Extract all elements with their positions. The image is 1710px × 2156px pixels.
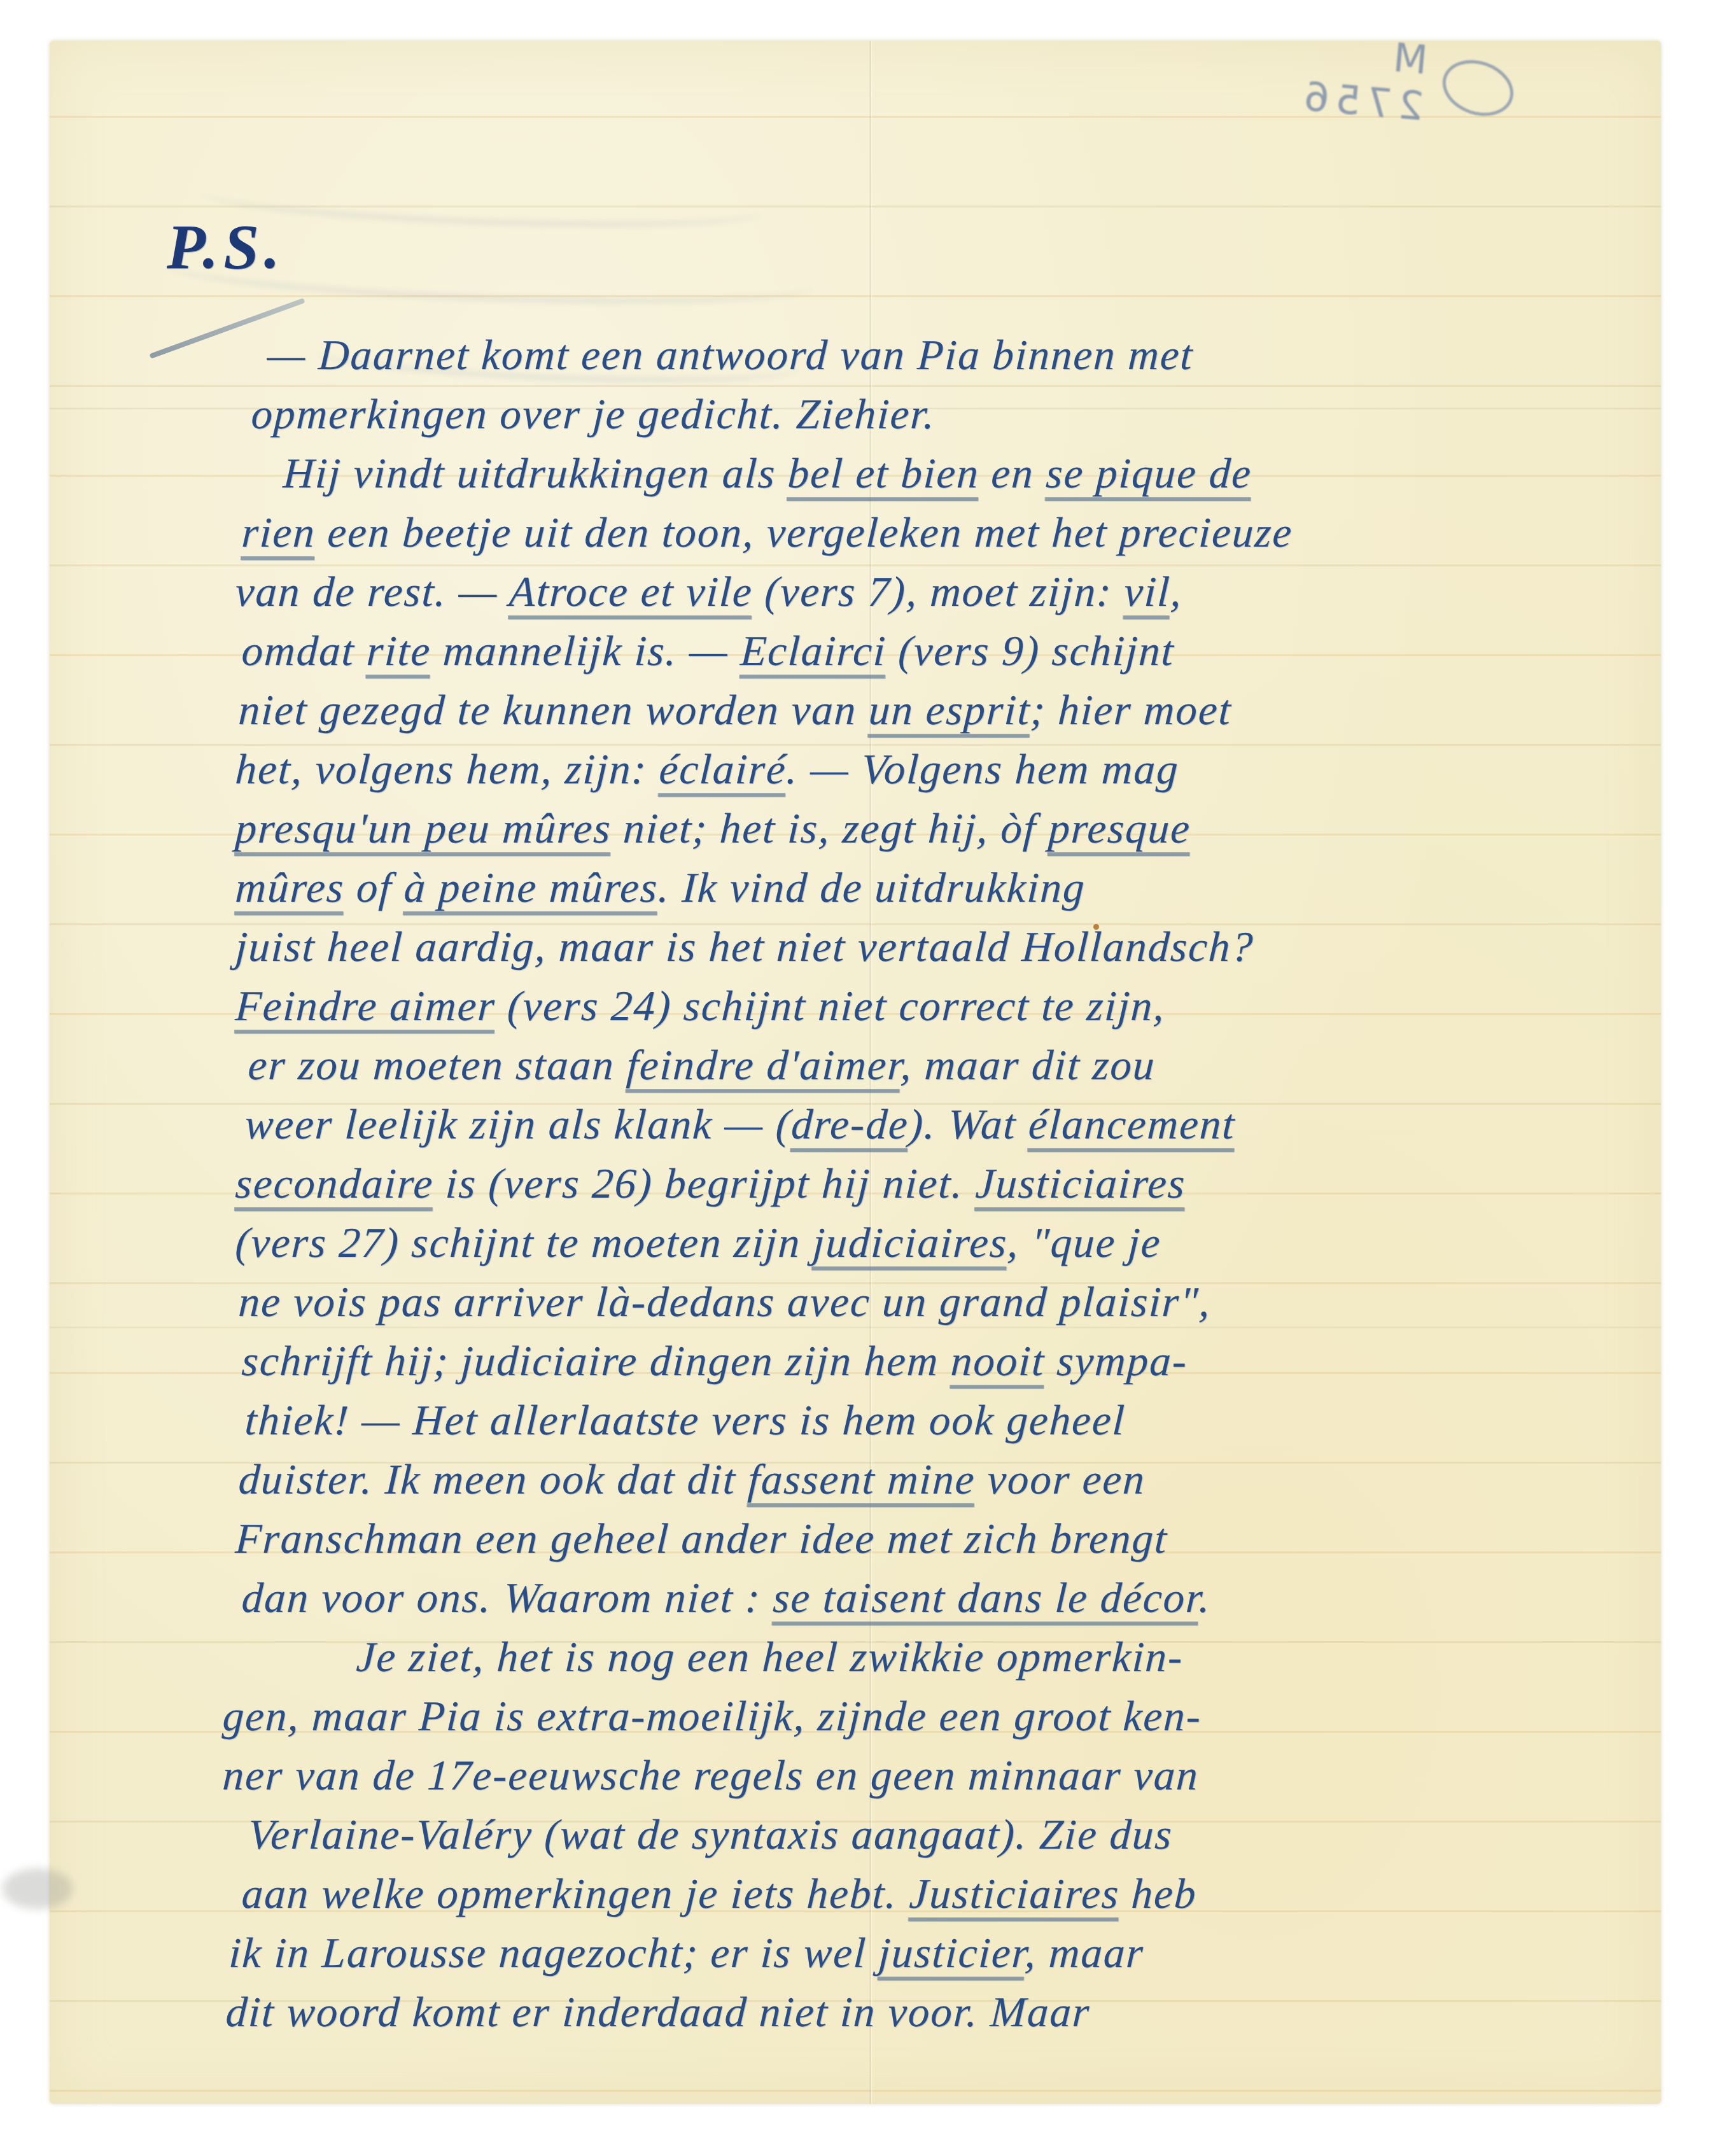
underlined-phrase: un esprit <box>867 687 1032 734</box>
underlined-phrase: Justiciaires <box>908 1870 1121 1917</box>
margin-smudge <box>3 1868 73 1909</box>
underlined-phrase: Justiciaires <box>974 1160 1187 1207</box>
text-segment: , "que je <box>1006 1219 1162 1266</box>
text-segment: het, volgens hem, zijn: <box>234 746 661 793</box>
text-segment: ). Wat <box>908 1101 1030 1148</box>
handwritten-line: gen, maar Pia is extra-moeilijk, zijnde … <box>221 1692 1203 1741</box>
text-segment: Verlaine-Valéry (wat de syntaxis aangaat… <box>247 1811 1174 1858</box>
text-segment: (vers 27) schijnt te moeten zijn <box>234 1219 814 1266</box>
text-segment: Je ziet, het is nog een heel zwikkie opm… <box>355 1634 1184 1681</box>
underlined-phrase: éclairé <box>658 746 788 793</box>
underlined-phrase: vil <box>1123 568 1172 615</box>
underlined-phrase: presqu'un peu mûres <box>234 805 613 852</box>
handwritten-line: Feindre aimer (vers 24) schijnt niet cor… <box>234 982 1167 1031</box>
text-segment: omdat <box>241 627 368 675</box>
ink-bleed-ghost <box>202 171 763 235</box>
handwritten-line: het, volgens hem, zijn: éclairé. — Volge… <box>234 745 1181 794</box>
handwritten-line: omdat rite mannelijk is. — Eclairci (ver… <box>241 627 1176 676</box>
text-segment: sympa- <box>1044 1338 1189 1385</box>
text-segment: mannelijk is. — <box>430 627 741 675</box>
handwritten-line: dit woord komt er inderdaad niet in voor… <box>225 1988 1091 2037</box>
handwritten-line: er zou moeten staan feindre d'aimer, maa… <box>247 1041 1157 1090</box>
handwritten-line: Verlaine-Valéry (wat de syntaxis aangaat… <box>247 1810 1174 1859</box>
text-segment: ner van de 17e-eeuwsche regels en geen m… <box>221 1752 1200 1799</box>
text-segment: een beetje uit den toon, vergeleken met … <box>314 509 1294 556</box>
text-segment: , <box>1169 568 1184 615</box>
handwritten-line: Je ziet, het is nog een heel zwikkie opm… <box>355 1633 1184 1682</box>
text-segment: van de rest. — <box>234 568 510 615</box>
handwritten-line: — Daarnet komt een antwoord van Pia binn… <box>266 331 1195 380</box>
handwritten-line: ik in Larousse nagezocht; er is wel just… <box>228 1929 1146 1978</box>
handwritten-line: weer leelijk zijn als klank — (dre-de). … <box>244 1100 1237 1149</box>
underlined-phrase: secondaire <box>234 1160 435 1207</box>
text-segment: dan voor ons. Waarom niet : <box>241 1574 774 1621</box>
text-segment: . — Volgens hem mag <box>785 746 1181 793</box>
handwritten-line: mûres of à peine mûres. Ik vind de uitdr… <box>234 864 1087 913</box>
underlined-phrase: bel et bien <box>787 450 981 497</box>
underlined-phrase: élancement <box>1027 1101 1237 1148</box>
handwritten-line: ner van de 17e-eeuwsche regels en geen m… <box>221 1751 1200 1800</box>
text-segment: en <box>978 450 1048 497</box>
text-segment: dit woord komt er inderdaad niet in voor… <box>225 1989 1091 2036</box>
text-segment: (vers 7), moet zijn: <box>752 568 1125 615</box>
handwritten-line: van de rest. — Atroce et vile (vers 7), … <box>234 568 1184 617</box>
underlined-phrase: feindre d'aimer <box>626 1042 902 1089</box>
underlined-phrase: se taisent dans le décor <box>772 1574 1200 1621</box>
text-segment: ne vois pas arriver là-dedans avec un gr… <box>237 1278 1212 1326</box>
text-segment: opmerkingen over je gedicht. Ziehier. <box>250 391 937 438</box>
text-segment: juist heel aardig, maar is het niet vert… <box>234 923 1255 970</box>
archive-stamp-number: M 2756 <box>1244 22 1429 130</box>
text-segment: heb <box>1118 1870 1198 1917</box>
text-segment: weer leelijk zijn als klank — ( <box>244 1101 792 1148</box>
underlined-phrase: presque <box>1048 805 1193 852</box>
text-segment: , maar dit zou <box>899 1042 1156 1089</box>
underlined-phrase: à peine mûres <box>403 864 659 911</box>
underlined-phrase: Feindre aimer <box>234 983 497 1030</box>
text-segment: gen, maar Pia is extra-moeilijk, zijnde … <box>221 1693 1203 1740</box>
text-segment: niet gezegd te kunnen worden van <box>237 687 870 734</box>
handwritten-line: secondaire is (vers 26) begrijpt hij nie… <box>234 1159 1187 1208</box>
handwritten-line: aan welke opmerkingen je iets hebt. Just… <box>241 1870 1198 1919</box>
text-segment: Hij vindt uitdrukkingen als <box>282 450 789 497</box>
text-segment: of <box>343 864 405 911</box>
text-segment: , maar <box>1024 1929 1146 1977</box>
underlined-phrase: judiciaires <box>811 1219 1009 1266</box>
handwritten-line: (vers 27) schijnt te moeten zijn judicia… <box>234 1219 1163 1268</box>
underlined-phrase: dre-de <box>790 1101 909 1148</box>
handwritten-line: thiek! — Het allerlaatste vers is hem oo… <box>244 1396 1127 1445</box>
handwritten-line: ne vois pas arriver là-dedans avec un gr… <box>237 1278 1212 1327</box>
text-segment: — Daarnet komt een antwoord van Pia binn… <box>266 332 1195 379</box>
text-segment: voor een <box>974 1456 1147 1503</box>
underlined-phrase: rite <box>365 627 432 675</box>
text-segment: . Ik vind de uitdrukking <box>657 864 1086 911</box>
handwritten-line: duister. Ik meen ook dat dit fassent min… <box>237 1455 1147 1504</box>
handwritten-line: presqu'un peu mûres niet; het is, zegt h… <box>234 804 1192 853</box>
text-segment: ik in Larousse nagezocht; er is wel <box>228 1929 880 1977</box>
text-segment: schrijft hij; judiciaire dingen zijn hem <box>241 1338 952 1385</box>
text-segment: is (vers 26) begrijpt hij niet. <box>433 1160 977 1207</box>
underlined-phrase: nooit <box>950 1338 1046 1385</box>
underlined-phrase: rien <box>241 509 317 556</box>
text-segment: thiek! — Het allerlaatste vers is hem oo… <box>244 1397 1126 1444</box>
text-segment: (vers 24) schijnt niet correct te zijn, <box>494 983 1167 1030</box>
underlined-phrase: se pique de <box>1045 450 1253 497</box>
underlined-phrase: mûres <box>234 864 346 911</box>
handwritten-line: dan voor ons. Waarom niet : se taisent d… <box>241 1574 1212 1623</box>
underlined-phrase: fassent mine <box>747 1456 977 1503</box>
text-segment: . <box>1198 1574 1212 1621</box>
handwritten-line: opmerkingen over je gedicht. Ziehier. <box>250 390 937 439</box>
ps-heading: P.S. <box>167 210 285 283</box>
text-segment: Franschman een geheel ander idee met zic… <box>234 1515 1169 1562</box>
handwritten-line: rien een beetje uit den toon, vergeleken… <box>241 508 1294 557</box>
underlined-phrase: Eclairci <box>739 627 888 675</box>
handwritten-line: schrijft hij; judiciaire dingen zijn hem… <box>241 1337 1189 1386</box>
underlined-phrase: justicier <box>878 1929 1027 1977</box>
underlined-phrase: Atroce et vile <box>508 568 754 615</box>
scan-background: { "colors": { "paper": "#f4edcc", "ink":… <box>0 0 1710 2156</box>
stamp-flourish-circle-icon <box>1435 51 1521 125</box>
text-segment: er zou moeten staan <box>247 1042 627 1089</box>
text-segment: aan welke opmerkingen je iets hebt. <box>241 1870 911 1917</box>
handwritten-line: juist heel aardig, maar is het niet vert… <box>234 923 1255 972</box>
text-segment: ; hier moet <box>1030 687 1233 734</box>
handwritten-line: Franschman een geheel ander idee met zic… <box>234 1515 1169 1564</box>
handwritten-line: niet gezegd te kunnen worden van un espr… <box>237 686 1233 735</box>
text-segment: niet; het is, zegt hij, òf <box>610 805 1050 852</box>
handwritten-line: Hij vindt uitdrukkingen als bel et bien … <box>282 449 1253 498</box>
text-segment: duister. Ik meen ook dat dit <box>237 1456 749 1503</box>
text-segment: (vers 9) schijnt <box>885 627 1176 675</box>
